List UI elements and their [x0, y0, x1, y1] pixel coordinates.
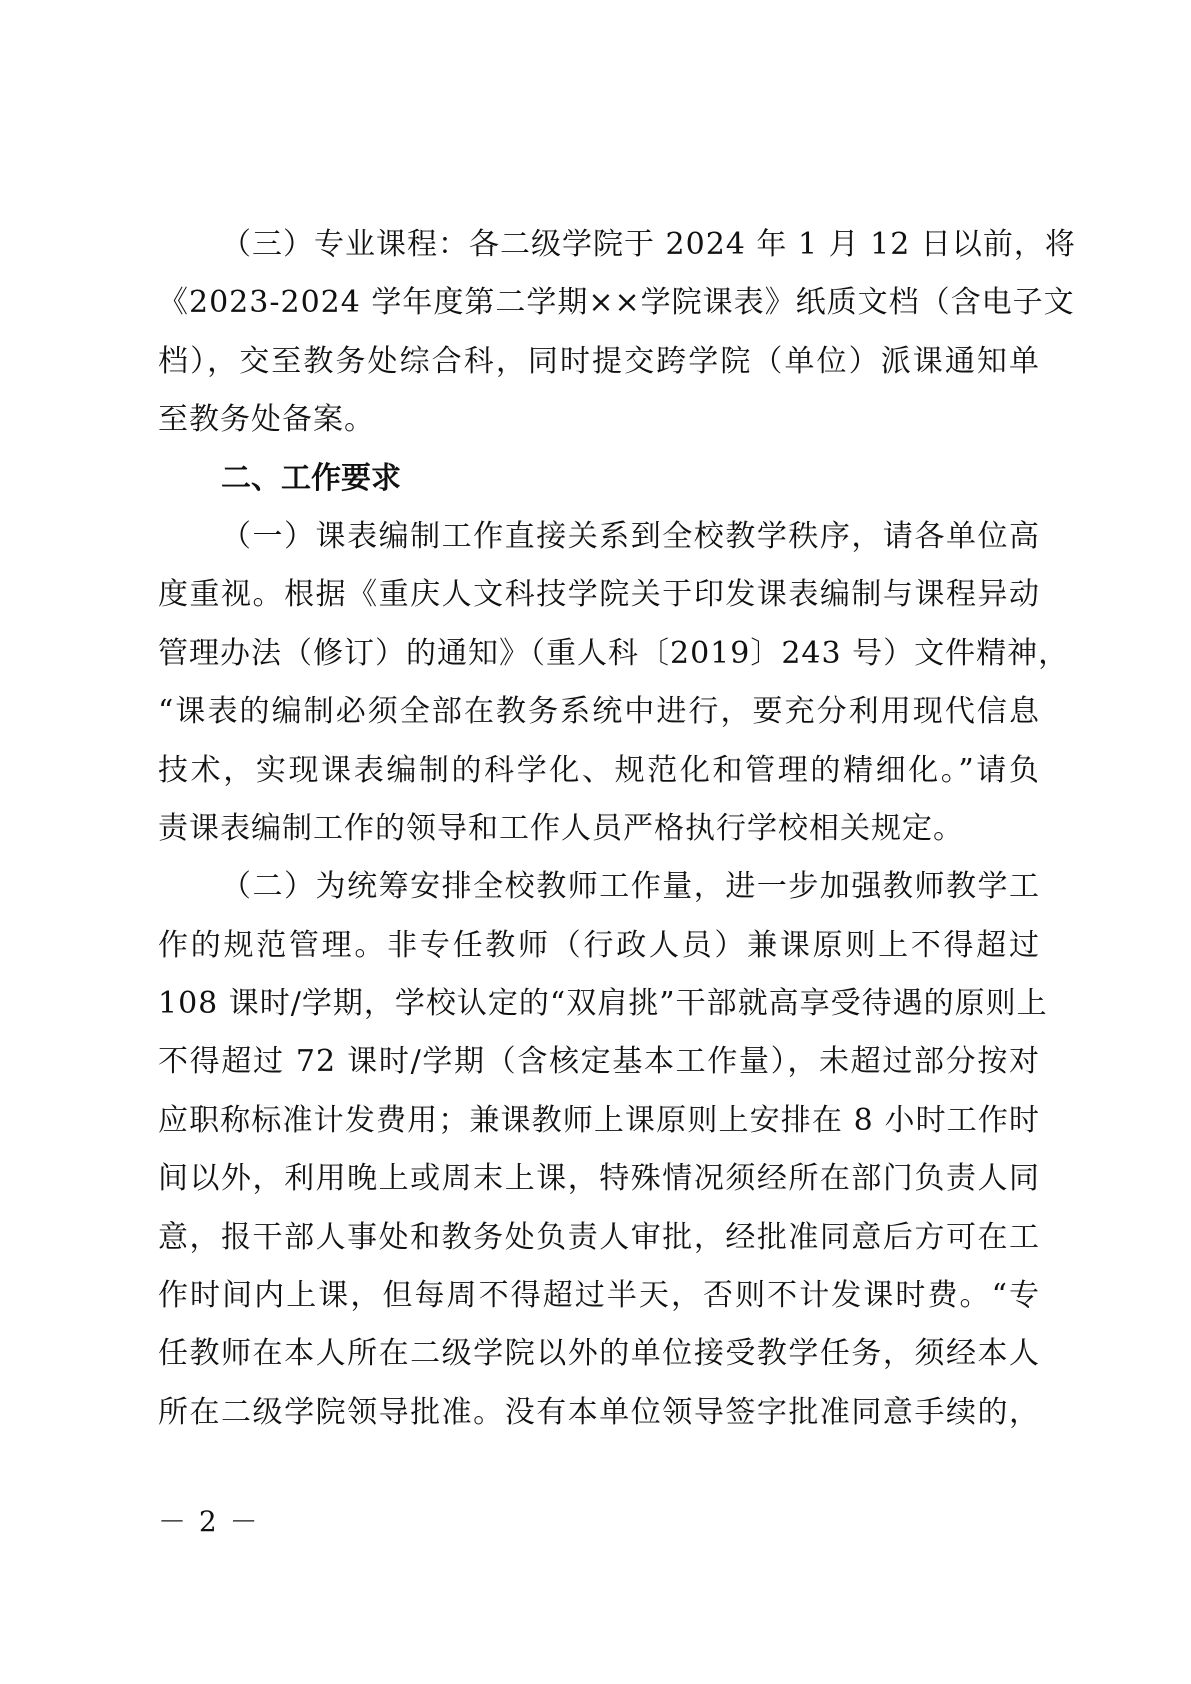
text-line: 《2023-2024 学年度第二学期××学院课表》纸质文档（含电子文: [158, 274, 1040, 332]
paragraph-professional-courses: （三）专业课程：各二级学院于 2024 年 1 月 12 日以前，将 《2023…: [158, 216, 1040, 450]
page-number: － 2 －: [158, 1500, 260, 1540]
text-line: （一）课表编制工作直接关系到全校教学秩序，请各单位高: [158, 508, 1040, 566]
text-line: 所在二级学院领导批准。没有本单位领导签字批准同意手续的，: [158, 1384, 1040, 1442]
text-line: 管理办法（修订）的通知》（重人科〔2019〕243 号）文件精神，: [158, 625, 1040, 683]
section-heading-work-requirements: 二、工作要求: [158, 450, 1040, 508]
text-line: 责课表编制工作的领导和工作人员严格执行学校相关规定。: [158, 800, 1040, 858]
text-line: 108 课时/学期，学校认定的“双肩挑”干部就高享受待遇的原则上: [158, 975, 1040, 1033]
text-line: 至教务处备案。: [158, 391, 1040, 449]
text-line: 不得超过 72 课时/学期（含核定基本工作量），未超过部分按对: [158, 1033, 1040, 1091]
text-line: （三）专业课程：各二级学院于 2024 年 1 月 12 日以前，将: [158, 216, 1040, 274]
text-line: 间以外，利用晚上或周末上课，特殊情况须经所在部门负责人同: [158, 1150, 1040, 1208]
document-body: （三）专业课程：各二级学院于 2024 年 1 月 12 日以前，将 《2023…: [158, 216, 1040, 1442]
text-line: 技术，实现课表编制的科学化、规范化和管理的精细化。”请负: [158, 742, 1040, 800]
text-line: 作的规范管理。非专任教师（行政人员）兼课原则上不得超过: [158, 917, 1040, 975]
text-line: 作时间内上课，但每周不得超过半天，否则不计发课时费。“专: [158, 1267, 1040, 1325]
text-line: 应职称标准计发费用；兼课教师上课原则上安排在 8 小时工作时: [158, 1092, 1040, 1150]
text-line: （二）为统筹安排全校教师工作量，进一步加强教师教学工: [158, 858, 1040, 916]
text-line: 度重视。根据《重庆人文科技学院关于印发课表编制与课程异动: [158, 566, 1040, 624]
text-line: 任教师在本人所在二级学院以外的单位接受教学任务，须经本人: [158, 1325, 1040, 1383]
text-line: 档），交至教务处综合科，同时提交跨学院（单位）派课通知单: [158, 333, 1040, 391]
paragraph-teacher-workload: （二）为统筹安排全校教师工作量，进一步加强教师教学工 作的规范管理。非专任教师（…: [158, 858, 1040, 1442]
paragraph-schedule-importance: （一）课表编制工作直接关系到全校教学秩序，请各单位高 度重视。根据《重庆人文科技…: [158, 508, 1040, 858]
text-line: “课表的编制必须全部在教务系统中进行，要充分利用现代信息: [158, 683, 1040, 741]
text-line: 意，报干部人事处和教务处负责人审批，经批准同意后方可在工: [158, 1209, 1040, 1267]
section-heading: 二、工作要求: [158, 450, 1040, 508]
document-page: （三）专业课程：各二级学院于 2024 年 1 月 12 日以前，将 《2023…: [0, 0, 1191, 1684]
